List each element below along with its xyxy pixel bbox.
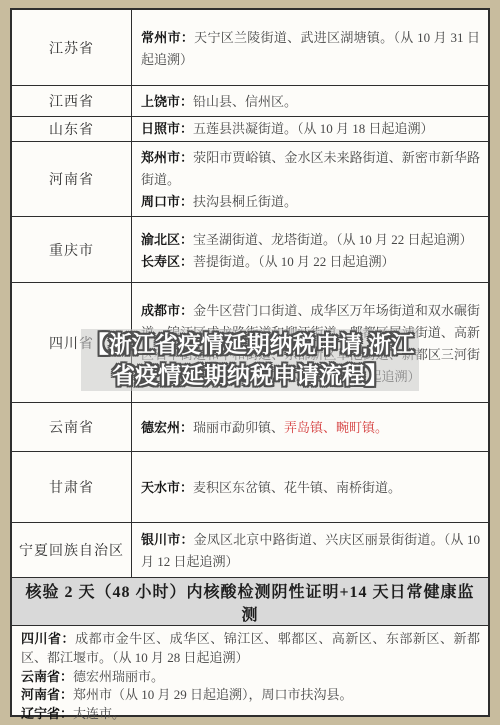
entry-text: 五莲县洪凝街道。（从 10 月 18 日起追溯） xyxy=(193,121,434,136)
table-row-jiangsu: 江苏省 常州市：天宁区兰陵街道、武进区湖塘镇。（从 10 月 31 日起追溯） xyxy=(12,10,488,86)
footer-item: 辽宁省：大连市。 xyxy=(21,705,480,724)
footer-item-text: 成都市金牛区、成华区、锦江区、郫都区、高新区、东部新区、新都区、都江堰市。（从 … xyxy=(21,631,480,665)
city-label: 德宏州： xyxy=(141,420,193,435)
footer-item-text: 大连市。 xyxy=(73,706,125,721)
table-row-shandong: 山东省 日照市：五莲县洪凝街道。（从 10 月 18 日起追溯） xyxy=(12,117,488,142)
watermark-overlay: 【浙江省疫情延期纳税申请,浙江省疫情延期纳税申请流程】 xyxy=(81,329,419,391)
entry: 渝北区：宝圣湖街道、龙塔街道。（从 10 月 22 日起追溯） xyxy=(141,229,480,251)
detail-cell: 常州市：天宁区兰陵街道、武进区湖塘镇。（从 10 月 31 日起追溯） xyxy=(132,10,488,85)
entry: 日照市：五莲县洪凝街道。（从 10 月 18 日起追溯） xyxy=(141,118,480,140)
province-label: 江苏省 xyxy=(49,38,94,58)
entry: 郑州市：荥阳市贾峪镇、金水区未来路街道、新密市新华路街道。 xyxy=(141,147,480,191)
detail-cell: 上饶市：铅山县、信州区。 xyxy=(132,86,488,116)
footer-province-list: 四川省：成都市金牛区、成华区、锦江区、郫都区、高新区、东部新区、新都区、都江堰市… xyxy=(12,626,488,725)
footer-item: 河南省：郑州市（从 10 月 29 日起追溯），周口市扶沟县。 xyxy=(21,686,480,705)
footer-item-text: 郑州市（从 10 月 29 日起追溯），周口市扶沟县。 xyxy=(73,687,353,702)
banner-text: 核验 2 天（48 小时）内核酸检测阴性证明+14 天日常健康监测 xyxy=(22,579,478,625)
province-cell: 江西省 xyxy=(12,86,132,116)
entry: 长寿区：菩提街道。（从 10 月 22 日起追溯） xyxy=(141,251,480,273)
footer-province-label: 四川省： xyxy=(21,631,75,646)
detail-cell: 德宏州：瑞丽市勐卯镇、弄岛镇、畹町镇。 xyxy=(132,403,488,451)
entry-text-red: 弄岛镇、畹町镇。 xyxy=(284,420,388,435)
city-label: 长寿区： xyxy=(141,254,193,269)
entry-text: 铅山县、信州区。 xyxy=(193,94,297,109)
health-monitoring-banner: 核验 2 天（48 小时）内核酸检测阴性证明+14 天日常健康监测 xyxy=(12,578,488,626)
entry-text: 瑞丽市勐卯镇、 xyxy=(193,420,284,435)
footer-province-label: 河南省： xyxy=(21,687,73,702)
city-label: 天水市： xyxy=(141,480,193,495)
city-label: 上饶市： xyxy=(141,94,193,109)
entry-text: 扶沟县桐丘街道。 xyxy=(193,194,297,209)
city-label: 周口市： xyxy=(141,194,193,209)
entry: 上饶市：铅山县、信州区。 xyxy=(141,91,480,113)
footer-item-text: 德宏州瑞丽市。 xyxy=(73,669,164,684)
entry: 银川市：金凤区北京中路街道、兴庆区丽景街街道。（从 10 月 12 日起追溯） xyxy=(141,529,480,573)
entry-text: 麦积区东岔镇、花牛镇、南桥街道。 xyxy=(193,480,401,495)
province-label: 甘肃省 xyxy=(49,477,94,497)
detail-cell: 银川市：金凤区北京中路街道、兴庆区丽景街街道。（从 10 月 12 日起追溯） xyxy=(132,523,488,577)
province-label: 山东省 xyxy=(49,119,94,139)
table-row-ningxia: 宁夏回族自治区 银川市：金凤区北京中路街道、兴庆区丽景街街道。（从 10 月 1… xyxy=(12,523,488,578)
entry-text: 宝圣湖街道、龙塔街道。（从 10 月 22 日起追溯） xyxy=(193,232,473,247)
province-cell: 重庆市 xyxy=(12,217,132,282)
detail-cell: 日照市：五莲县洪凝街道。（从 10 月 18 日起追溯） xyxy=(132,117,488,141)
province-label: 宁夏回族自治区 xyxy=(19,540,124,560)
table-row-jiangxi: 江西省 上饶市：铅山县、信州区。 xyxy=(12,86,488,117)
table-row-gansu: 甘肃省 天水市：麦积区东岔镇、花牛镇、南桥街道。 xyxy=(12,452,488,523)
detail-cell: 郑州市：荥阳市贾峪镇、金水区未来路街道、新密市新华路街道。 周口市：扶沟县桐丘街… xyxy=(132,142,488,216)
watermark-text: 【浙江省疫情延期纳税申请,浙江省疫情延期纳税申请流程】 xyxy=(81,329,419,391)
entry: 常州市：天宁区兰陵街道、武进区湖塘镇。（从 10 月 31 日起追溯） xyxy=(141,27,480,71)
footer-province-label: 辽宁省： xyxy=(21,706,73,721)
entry-text: 菩提街道。（从 10 月 22 日起追溯） xyxy=(193,254,395,269)
province-label: 重庆市 xyxy=(49,240,94,260)
city-label: 日照市： xyxy=(141,121,193,136)
province-label: 河南省 xyxy=(49,169,94,189)
province-label: 云南省 xyxy=(49,417,94,437)
entry: 天水市：麦积区东岔镇、花牛镇、南桥街道。 xyxy=(141,477,480,499)
province-cell: 甘肃省 xyxy=(12,452,132,522)
province-label: 江西省 xyxy=(49,91,94,111)
footer-item: 云南省：德宏州瑞丽市。 xyxy=(21,668,480,687)
province-cell: 江苏省 xyxy=(12,10,132,85)
table-row-chongqing: 重庆市 渝北区：宝圣湖街道、龙塔街道。（从 10 月 22 日起追溯） 长寿区：… xyxy=(12,217,488,283)
city-label: 郑州市： xyxy=(141,150,193,165)
entry: 周口市：扶沟县桐丘街道。 xyxy=(141,191,480,213)
province-cell: 山东省 xyxy=(12,117,132,141)
detail-cell: 天水市：麦积区东岔镇、花牛镇、南桥街道。 xyxy=(132,452,488,522)
city-label: 常州市： xyxy=(141,30,194,45)
table-row-yunnan: 云南省 德宏州：瑞丽市勐卯镇、弄岛镇、畹町镇。 xyxy=(12,403,488,452)
city-label: 银川市： xyxy=(141,532,194,547)
detail-cell: 渝北区：宝圣湖街道、龙塔街道。（从 10 月 22 日起追溯） 长寿区：菩提街道… xyxy=(132,217,488,282)
province-cell: 河南省 xyxy=(12,142,132,216)
province-cell: 宁夏回族自治区 xyxy=(12,523,132,577)
city-label: 渝北区： xyxy=(141,232,193,247)
city-label: 成都市： xyxy=(141,303,193,318)
table-row-henan: 河南省 郑州市：荥阳市贾峪镇、金水区未来路街道、新密市新华路街道。 周口市：扶沟… xyxy=(12,142,488,217)
province-cell: 云南省 xyxy=(12,403,132,451)
footer-province-label: 云南省： xyxy=(21,669,73,684)
entry: 德宏州：瑞丽市勐卯镇、弄岛镇、畹町镇。 xyxy=(141,417,480,439)
footer-item: 四川省：成都市金牛区、成华区、锦江区、郫都区、高新区、东部新区、新都区、都江堰市… xyxy=(21,630,480,668)
